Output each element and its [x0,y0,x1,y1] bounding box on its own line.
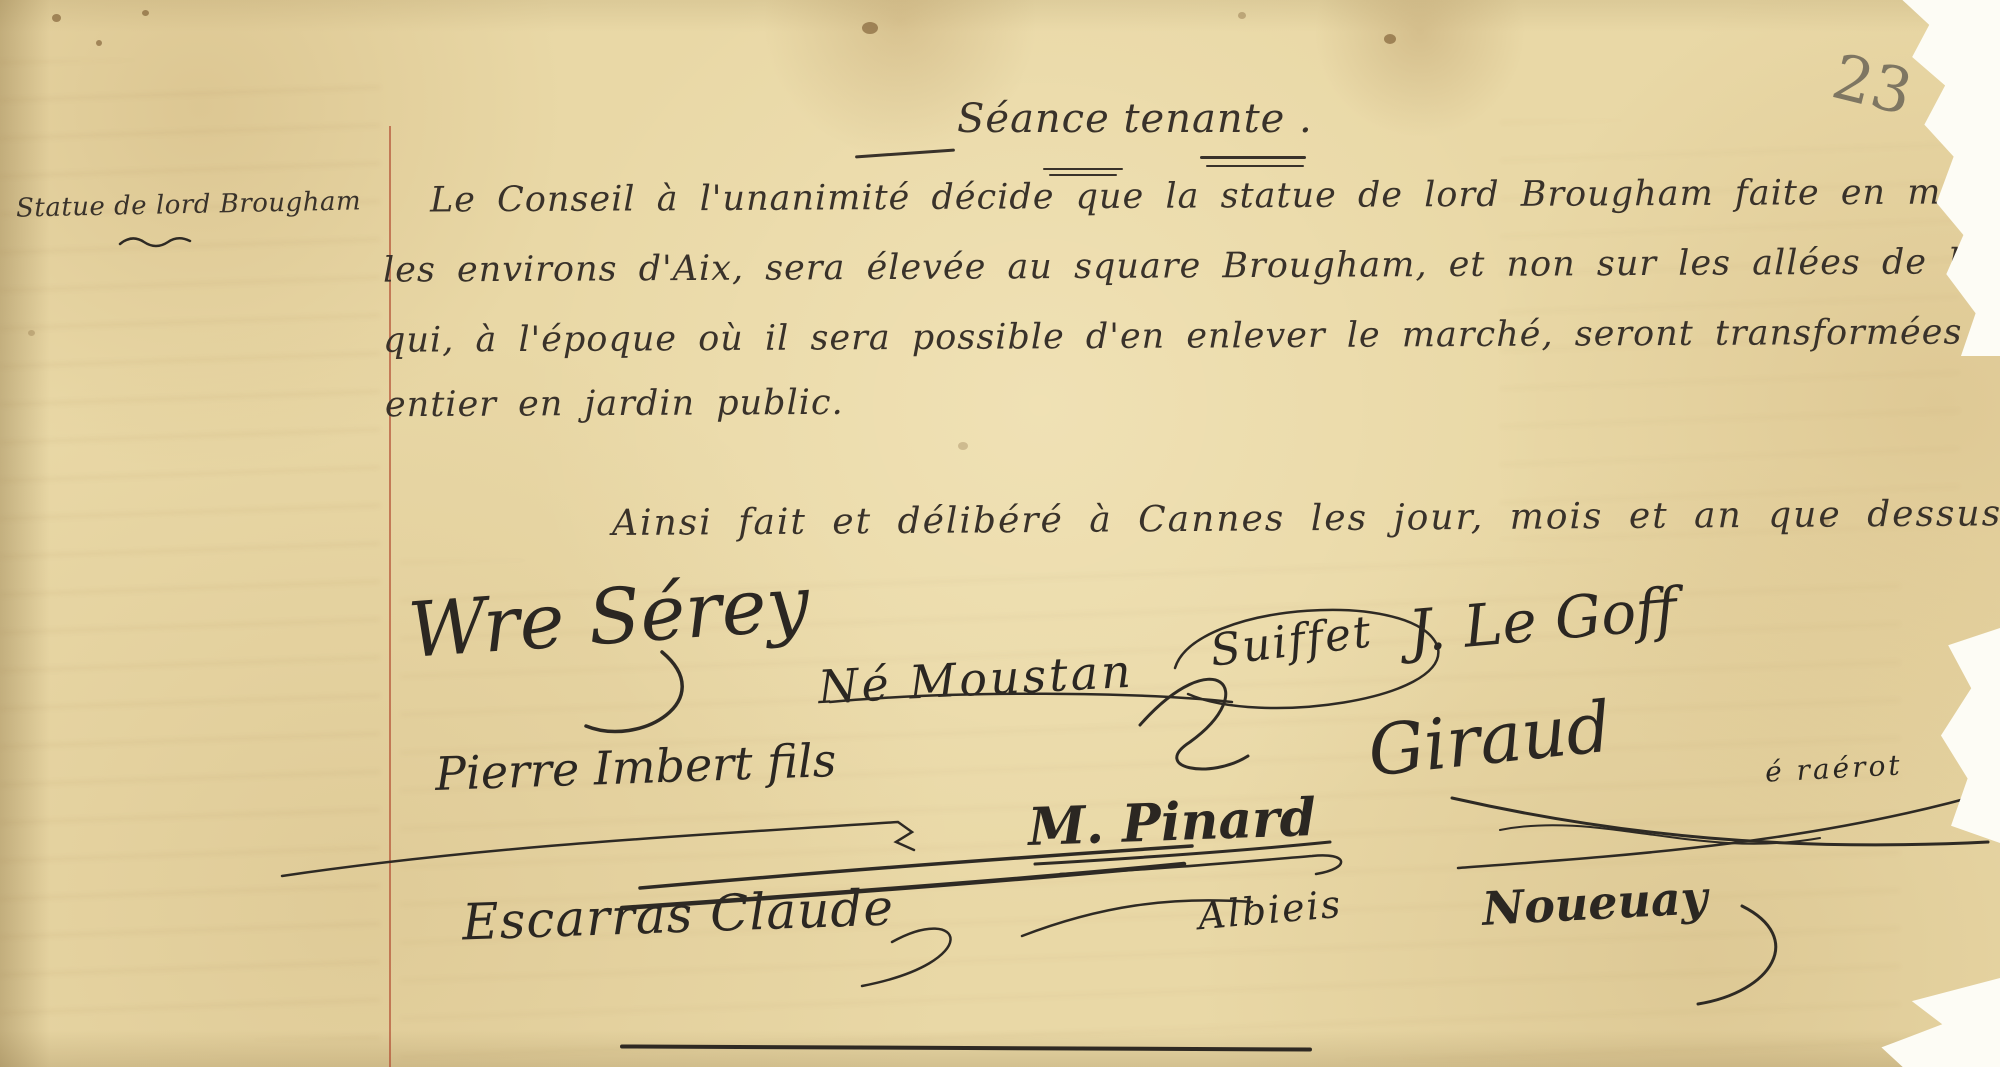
stain-speck [96,40,102,46]
stain-speck [1384,34,1396,44]
heading-rule-right [1200,156,1306,159]
manuscript-scan: 23 Statue de lord Brougham Séance tenant… [0,0,2000,1067]
section-heading: Séance tenante . [957,96,1313,142]
body-line: qui, à l'époque où il sera possible d'en… [383,311,2000,361]
stain-speck [142,10,149,16]
heading-underline-2 [1049,174,1117,176]
stain-speck [958,442,968,450]
body-line: entier en jardin public. [385,383,844,425]
heading-underline [1043,168,1123,170]
body-line: Le Conseil à l'unanimité décide que la s… [430,171,2000,220]
stain-speck [52,14,61,22]
body-line: les environs d'Aix, sera élevée au squar… [383,241,2000,290]
stain-speck [1238,12,1246,19]
stain-speck [862,22,878,34]
signature-pinard: M. Pinard [1027,787,1317,858]
stain-speck [28,330,35,336]
heading-rule-right-2 [1206,165,1304,167]
